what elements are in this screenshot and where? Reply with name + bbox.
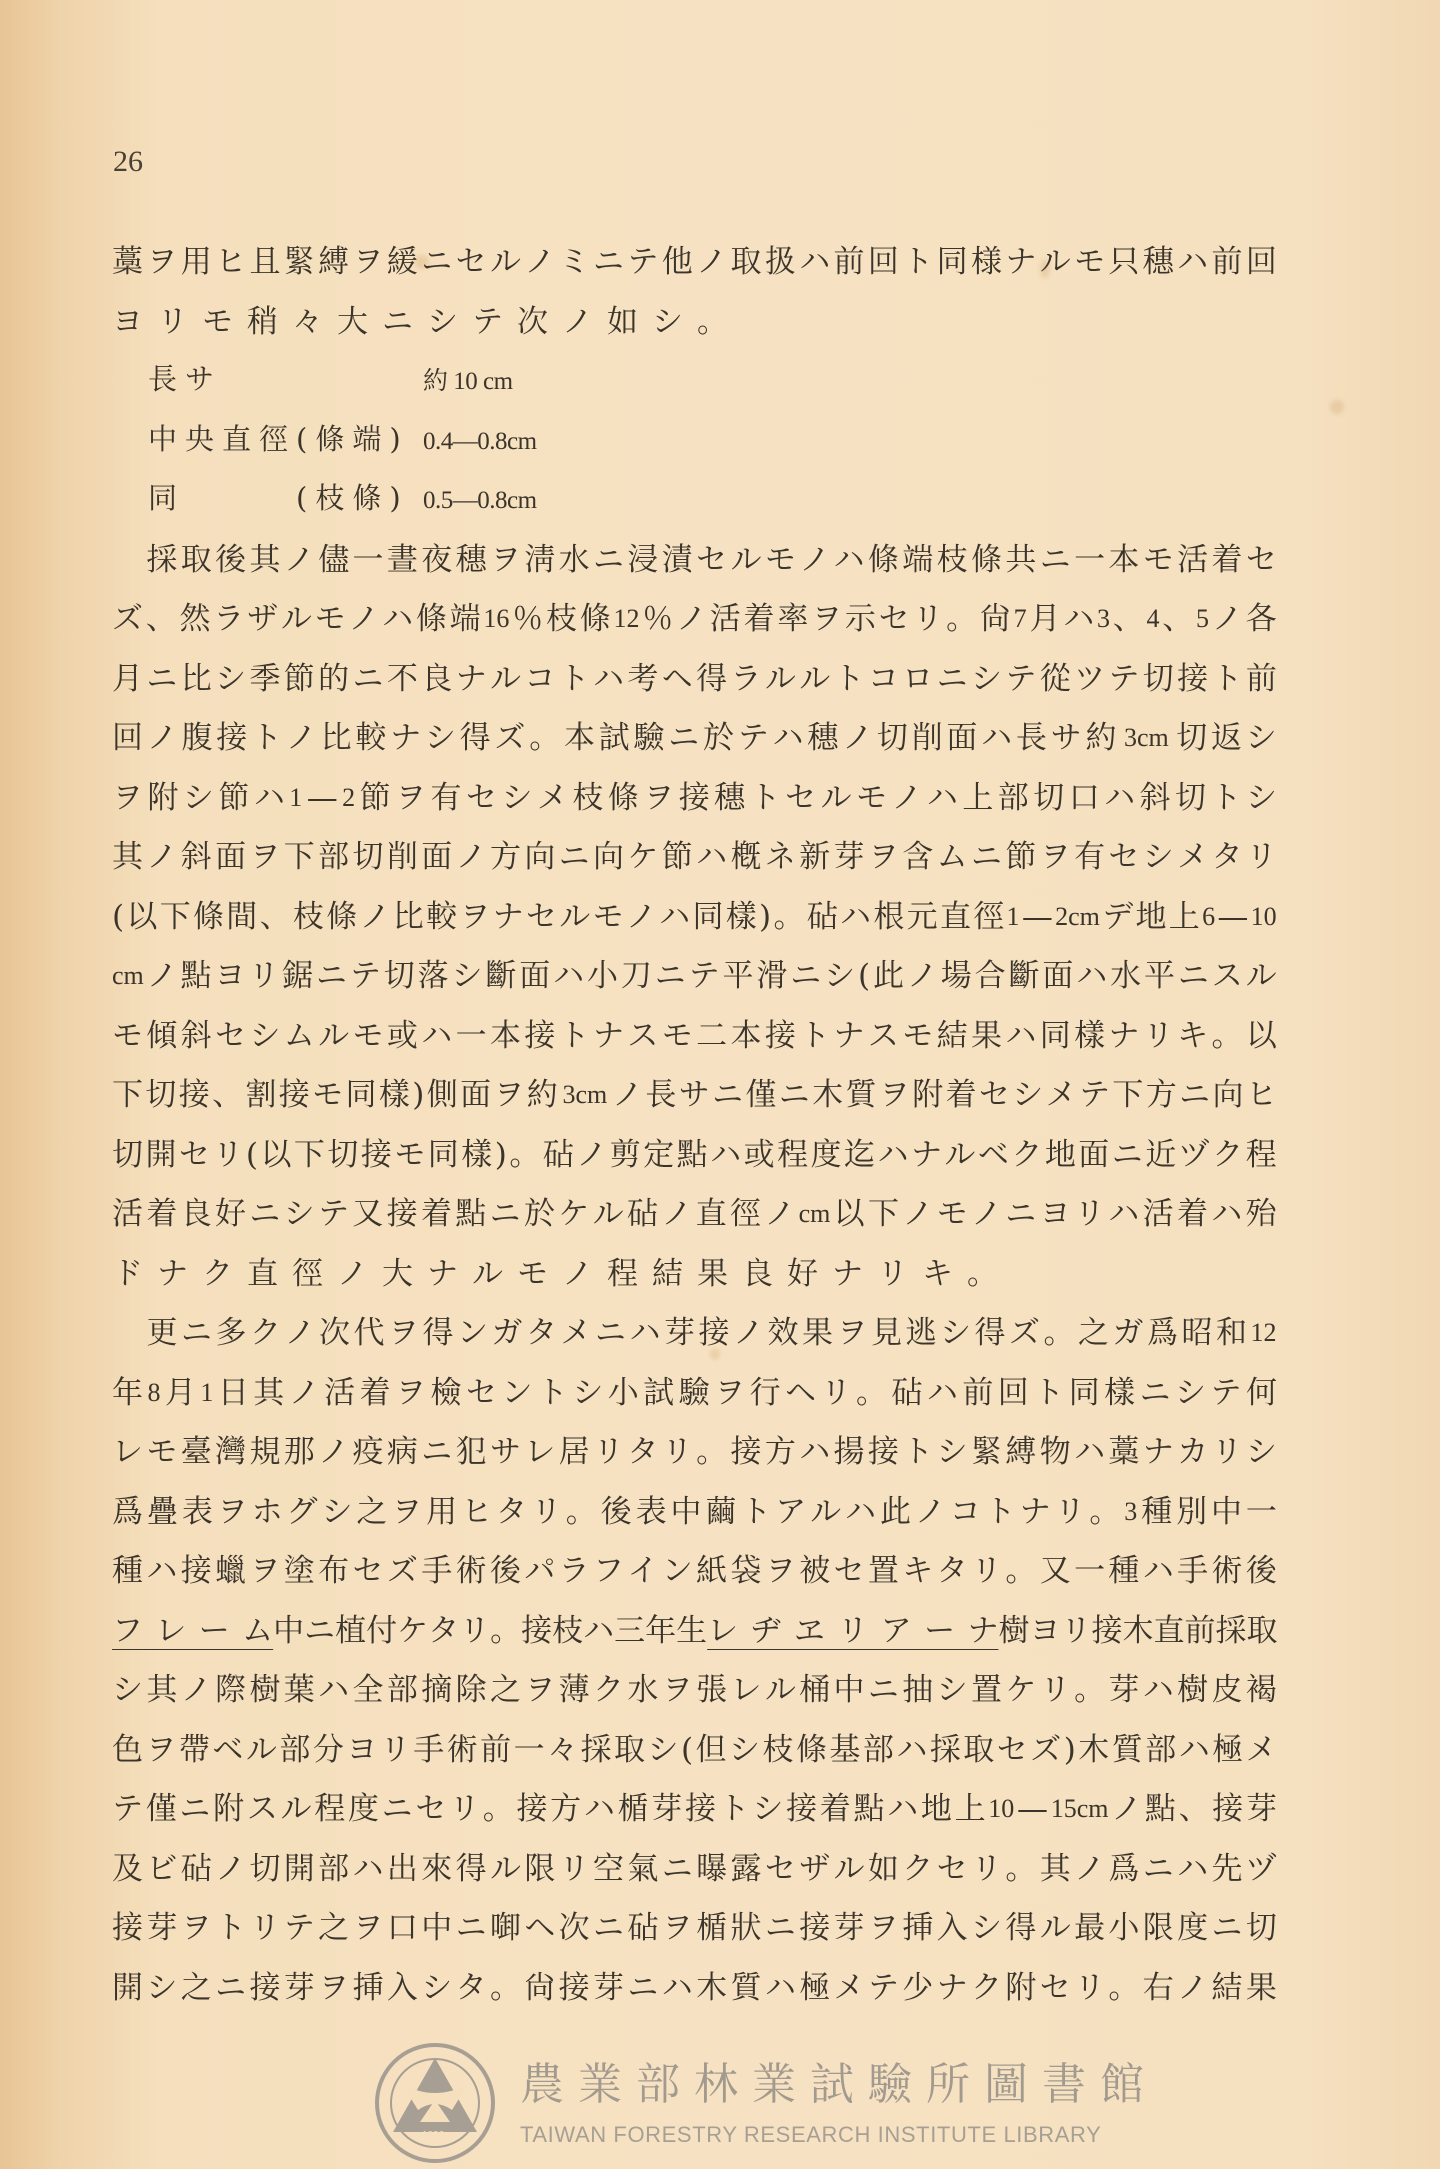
text-line: レモ臺灣規那ノ疫病ニ犯サレ居リタリ。接方ハ揚接トシ緊縛物ハ藁ナカリシ [112,1432,1277,1472]
text-line: 色ヲ帶ベル部分ヨリ手術前一々採取シ(但シ枝條基部ハ採取セズ)木質部ハ極メ [112,1730,1277,1770]
institute-seal-icon: 1896 [372,2040,498,2166]
text-line: フ レ ー ム中ニ植付ケタリ。接枝ハ三年生レ ヂ ヱ リ ア ー ナ樹ヨリ接木直… [112,1611,1277,1651]
text-line: ヨリモ稍々大ニシテ次ノ如シ。 [112,302,1277,342]
text-line: ヲ附シ節ハ1—2節ヲ有セシメ枝條ヲ接穗トセルモノハ上部切口ハ斜切トシ [112,778,1277,818]
spec-value: 0.4—0.8cm [423,422,537,462]
text-line: 及ビ砧ノ切開部ハ出來得ル限リ空氣ニ曝露セザル如クセリ。其ノ爲ニハ先ヅ [112,1849,1277,1889]
spec-row: 同 (枝條)0.5—0.8cm [148,478,537,518]
text-line: 切開セリ(以下切接モ同樣)。砧ノ剪定點ハ或程度迄ハナルベク地面ニ近ヅク程 [112,1135,1277,1175]
text-line: 藁ヲ用ヒ且緊縛ヲ緩ニセルノミニテ他ノ取扱ハ前回ト同様ナルモ只穗ハ前回 [112,242,1277,282]
spec-label: 中央直徑(條端) [148,419,423,459]
text-line: 更ニ多クノ次代ヲ得ンガタメニハ芽接ノ效果ヲ見逃シ得ズ。之ガ爲昭和12 [112,1313,1277,1353]
spec-value: 約 10 cm [423,362,513,402]
text-line: ドナク直徑ノ大ナルモノ程結果良好ナリキ。 [112,1254,1277,1294]
text-line: 年8月1日其ノ活着ヲ檢セントシ小試驗ヲ行ヘリ。砧ハ前回ト同樣ニシテ何 [112,1373,1277,1413]
text-line: 種ハ接蠟ヲ塗布セズ手術後パラフイン紙袋ヲ被セ置キタリ。又一種ハ手術後 [112,1551,1277,1591]
text-line: モ傾斜セシムルモ或ハ一本接トナスモ二本接トナスモ結果ハ同樣ナリキ。以 [112,1016,1277,1056]
underlined-term: フ レ ー ム [112,1611,273,1651]
text-line: 下切接、割接モ同樣)側面ヲ約 3cm ノ長サニ僅ニ木質ヲ附着セシメテ下方ニ向ヒ [112,1075,1277,1115]
text-line: 月ニ比シ季節的ニ不良ナルコトハ考ヘ得ラルルトコロニシテ從ツテ切接ト前 [112,659,1277,699]
text-line: 爲疊表ヲホグシ之ヲ用ヒタリ。後表中繭トアルハ此ノコトナリ。3種別中一 [112,1492,1277,1532]
watermark-title-english: TAIWAN FORESTRY RESEARCH INSTITUTE LIBRA… [520,2122,1158,2148]
text-line: (以下條間、枝條ノ比較ヲナセルモノハ同樣)。砧ハ根元直徑1—2cmデ地上6—10 [112,897,1277,937]
text-line: 開シ之ニ接芽ヲ挿入シタ。尙接芽ニハ木質ハ極メテ少ナク附セリ。右ノ結果 [112,1968,1277,2008]
text-line: 活着良好ニシテ又接着點ニ於ケル砧ノ直徑ノcm以下ノモノニヨリハ活着ハ殆 [112,1194,1277,1234]
text-line: シ其ノ際樹葉ハ全部摘除之ヲ薄ク水ヲ張レル桶中ニ抽シ置ケリ。芽ハ樹皮褐 [112,1670,1277,1710]
text-line: 其ノ斜面ヲ下部切削面ノ方向ニ向ケ節ハ槪ネ新芽ヲ含ムニ節ヲ有セシメタリ [112,837,1277,877]
underlined-term: レ ヂ ヱ リ ア ー ナ [707,1611,998,1651]
text-line: 回ノ腹接トノ比較ナシ得ズ。本試驗ニ於テハ穗ノ切削面ハ長サ約 3cm 切返シ [112,718,1277,758]
spec-row: 中央直徑(條端)0.4—0.8cm [148,419,537,459]
spec-label: 長サ [148,359,423,399]
spec-value: 0.5—0.8cm [423,481,537,521]
svg-text:1896: 1896 [422,2130,445,2141]
text-line: テ僅ニ附スル程度ニセリ。接方ハ楯芽接トシ接着點ハ地上10—15cmノ點、接芽 [112,1789,1277,1829]
watermark-title-chinese: 農業部林業試驗所圖書館 [520,2058,1158,2112]
text-line: cmノ點ヨリ鋸ニテ切落シ斷面ハ小刀ニテ平滑ニシ(此ノ場合斷面ハ水平ニスル [112,956,1277,996]
text-line: 接芽ヲトリテ之ヲ口中ニ啣ヘ次ニ砧ヲ楯狀ニ接芽ヲ挿入シ得ル最小限度ニ切 [112,1908,1277,1948]
text-line: 採取後其ノ儘一晝夜穗ヲ淸水ニ浸漬セルモノハ條端枝條共ニ一本モ活着セ [112,540,1277,580]
text-line: ズ、然ラザルモノハ條端16％枝條12％ノ活着率ヲ示セリ。尙7月ハ3、4、5ノ各 [112,599,1277,639]
page-number: 26 [113,145,143,179]
spec-row: 長サ約 10 cm [148,359,513,399]
spec-label: 同 (枝條) [148,478,423,518]
library-watermark: 1896 農業部林業試驗所圖書館 TAIWAN FORESTRY RESEARC… [372,2040,1158,2166]
